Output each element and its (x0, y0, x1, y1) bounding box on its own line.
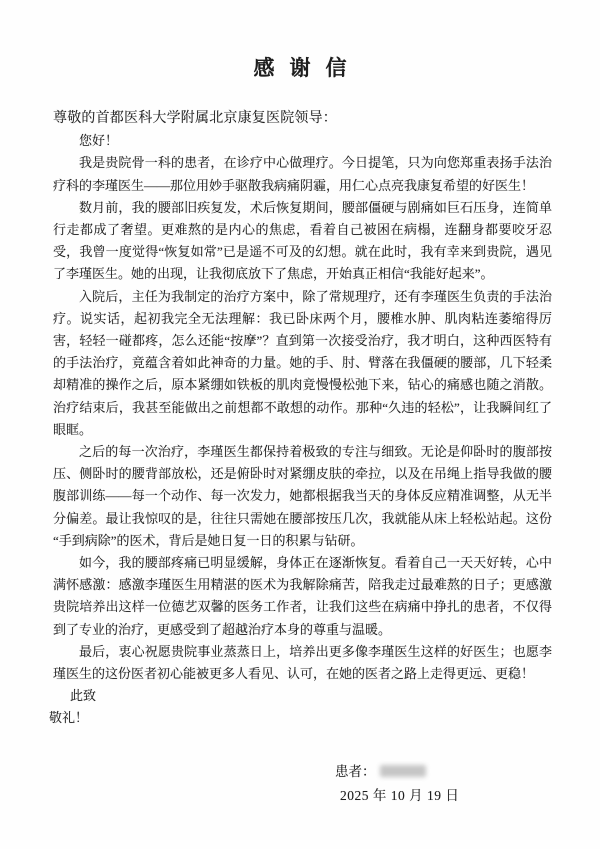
patient-line: 患者： (335, 760, 469, 784)
greeting: 您好！ (53, 130, 552, 152)
letter-date: 2025 年 10 月 19 日 (335, 784, 469, 808)
paragraph-treatment: 入院后，主任为我制定的治疗方案中，除了常规理疗，还有李瑾医生负责的手法治疗。说实… (53, 286, 552, 441)
salutation: 尊敬的首都医科大学附属北京康复医院领导： (53, 108, 552, 130)
patient-label: 患者： (335, 764, 376, 779)
letter-body: 尊敬的首都医科大学附属北京康复医院领导： 您好！ 我是贵院骨一科的患者，在诊疗中… (53, 108, 552, 808)
patient-name-redacted (380, 765, 426, 777)
signature-block: 患者： 2025 年 10 月 19 日 (335, 760, 469, 808)
paragraph-wishes: 最后，衷心祝愿贵院事业蒸蒸日上，培养出更多像李瑾医生这样的好医生；也愿李瑾医生的… (53, 641, 552, 685)
paragraph-intro: 我是贵院骨一科的患者，在诊疗中心做理疗。今日提笔，只为向您郑重表扬手法治疗科的李… (53, 152, 552, 196)
paragraph-dedication: 之后的每一次治疗，李瑾医生都保持着极致的专注与细致。无论是仰卧时的腹部按压、侧卧… (53, 441, 552, 552)
closing-respectfully: 此致 (53, 685, 552, 707)
letter-page: 感谢信 尊敬的首都医科大学附属北京康复医院领导： 您好！ 我是贵院骨一科的患者，… (0, 0, 600, 849)
closing-salute: 敬礼！ (49, 707, 552, 729)
paragraph-gratitude: 如今，我的腰部疼痛已明显缓解，身体正在逐渐恢复。看着自己一天天好转，心中满怀感激… (53, 552, 552, 641)
paragraph-illness: 数月前，我的腰部旧疾复发，术后恢复期间，腰部僵硬与剧痛如巨石压身，连简单行走都成… (53, 197, 552, 286)
letter-title: 感谢信 (0, 56, 600, 80)
